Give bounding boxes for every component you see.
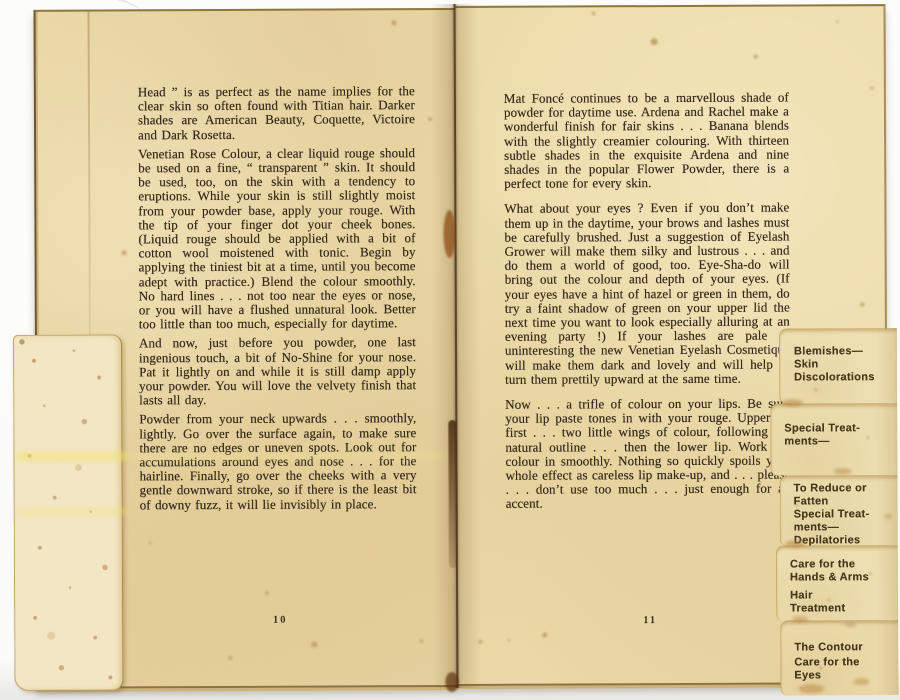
rust-stain — [445, 672, 458, 692]
foxing-spot — [866, 436, 869, 439]
stain-smear — [834, 468, 852, 474]
foxing-spot — [836, 20, 839, 23]
paragraph: Mat Foncé continues to be a marvellous s… — [504, 91, 789, 192]
tab-label-line: Skin — [794, 358, 875, 371]
paragraph: What about your eyes ? Even if you don’t… — [504, 201, 790, 387]
page-number-left: 10 — [250, 615, 310, 626]
foxing-spot — [819, 666, 822, 669]
foxing-spot — [592, 11, 596, 15]
foxing-spot — [814, 388, 817, 391]
rust-stain — [448, 420, 457, 568]
paragraph: And now, just before you powder, one las… — [139, 336, 416, 408]
tab-index: Blemishes— Skin Discolorations Special T… — [770, 328, 899, 696]
paragraph: Now . . . a trifle of colour on your lip… — [505, 397, 790, 512]
tab-label-line: Discolorations — [794, 371, 875, 384]
foxing-spot — [507, 639, 510, 642]
tab-label-line: Special Treat- — [794, 508, 870, 521]
paragraph: Head ” is as perfect as the name implies… — [138, 84, 415, 142]
stain-smear — [785, 540, 805, 547]
stain-smear — [781, 399, 803, 406]
foxing-spot — [617, 223, 620, 226]
foxing-spot — [754, 55, 758, 59]
tab-label-line: The Contour — [794, 641, 863, 654]
stain-smear — [884, 514, 893, 519]
foxing-spot — [796, 503, 799, 506]
stain-smear — [844, 622, 856, 627]
foxing-spot — [542, 633, 547, 638]
foxing-spot — [478, 640, 482, 644]
yellow-streak — [17, 507, 129, 515]
tab-label: Care for the Hands & Arms Hair Treatment — [790, 558, 869, 615]
rust-stain — [443, 210, 455, 258]
tab-label-line: Care for the — [790, 558, 869, 571]
stain-smear — [792, 616, 808, 622]
scan-background: Head ” is as perfect as the name implies… — [0, 0, 900, 700]
yellow-streak — [132, 452, 448, 461]
stain-smear — [853, 678, 869, 685]
tab-label: The Contour Care for the Eyes — [794, 641, 863, 682]
tab-label-line: Treatment — [790, 602, 869, 615]
foxing-spot — [311, 642, 317, 648]
cover-edge-crease — [88, 12, 91, 339]
foxing-spot — [228, 656, 232, 660]
tab-label: Blemishes— Skin Discolorations — [794, 345, 875, 384]
page-right-edge — [884, 6, 887, 332]
page-right-text: Mat Foncé continues to be a marvellous s… — [504, 91, 791, 523]
tab-label: To Reduce or Fatten Special Treat- ments… — [794, 482, 870, 547]
tab-label-line: ments— — [784, 435, 860, 448]
foxing-spot — [176, 345, 179, 348]
tab-label-line: ments— — [794, 521, 870, 534]
tab-blemishes-skin-discolorations[interactable]: Blemishes— Skin Discolorations — [779, 328, 897, 404]
foxing-spot — [149, 541, 152, 544]
tab-label-line: Hands & Arms — [790, 571, 869, 584]
foxing-spot — [265, 591, 269, 595]
foxing-spot — [419, 639, 423, 643]
foxing-spot — [870, 86, 874, 90]
tab-special-treatments[interactable]: Special Treat- ments— — [770, 403, 897, 476]
tab-label-line: Fatten — [794, 495, 870, 508]
paragraph: Powder from your neck upwards . . . smoo… — [139, 412, 416, 513]
tab-label: Special Treat- ments— — [784, 422, 860, 448]
yellow-streak — [16, 451, 128, 461]
tab-label-line: To Reduce or — [794, 482, 870, 495]
stain-smear — [798, 684, 824, 693]
foxing-spot — [827, 598, 830, 601]
paragraph: Venetian Rose Colour, a clear liquid rou… — [138, 146, 416, 332]
foxing-spot — [869, 572, 872, 575]
booklet-spread: Head ” is as perfect as the name implies… — [0, 0, 900, 700]
tab-contour-eyes[interactable]: The Contour Care for the Eyes — [780, 620, 898, 696]
foxing-spot — [651, 38, 658, 45]
foxing-spot — [860, 302, 865, 307]
tab-reduce-fatten-depilatories[interactable]: To Reduce or Fatten Special Treat- ments… — [780, 475, 898, 546]
spine-gutter — [430, 4, 481, 688]
gutter-shadow-line — [453, 4, 458, 688]
foxing-spot — [428, 117, 432, 121]
tab-label-line: Care for the — [794, 656, 863, 669]
page-number-right: 11 — [620, 615, 680, 626]
tab-hands-arms-hair-treatment[interactable]: Care for the Hands & Arms Hair Treatment — [776, 545, 898, 621]
tab-label-line: Special Treat- — [784, 422, 860, 435]
foxing-spot — [122, 250, 127, 255]
tab-label-line: Blemishes— — [794, 345, 875, 358]
foxing-spot — [392, 20, 397, 25]
